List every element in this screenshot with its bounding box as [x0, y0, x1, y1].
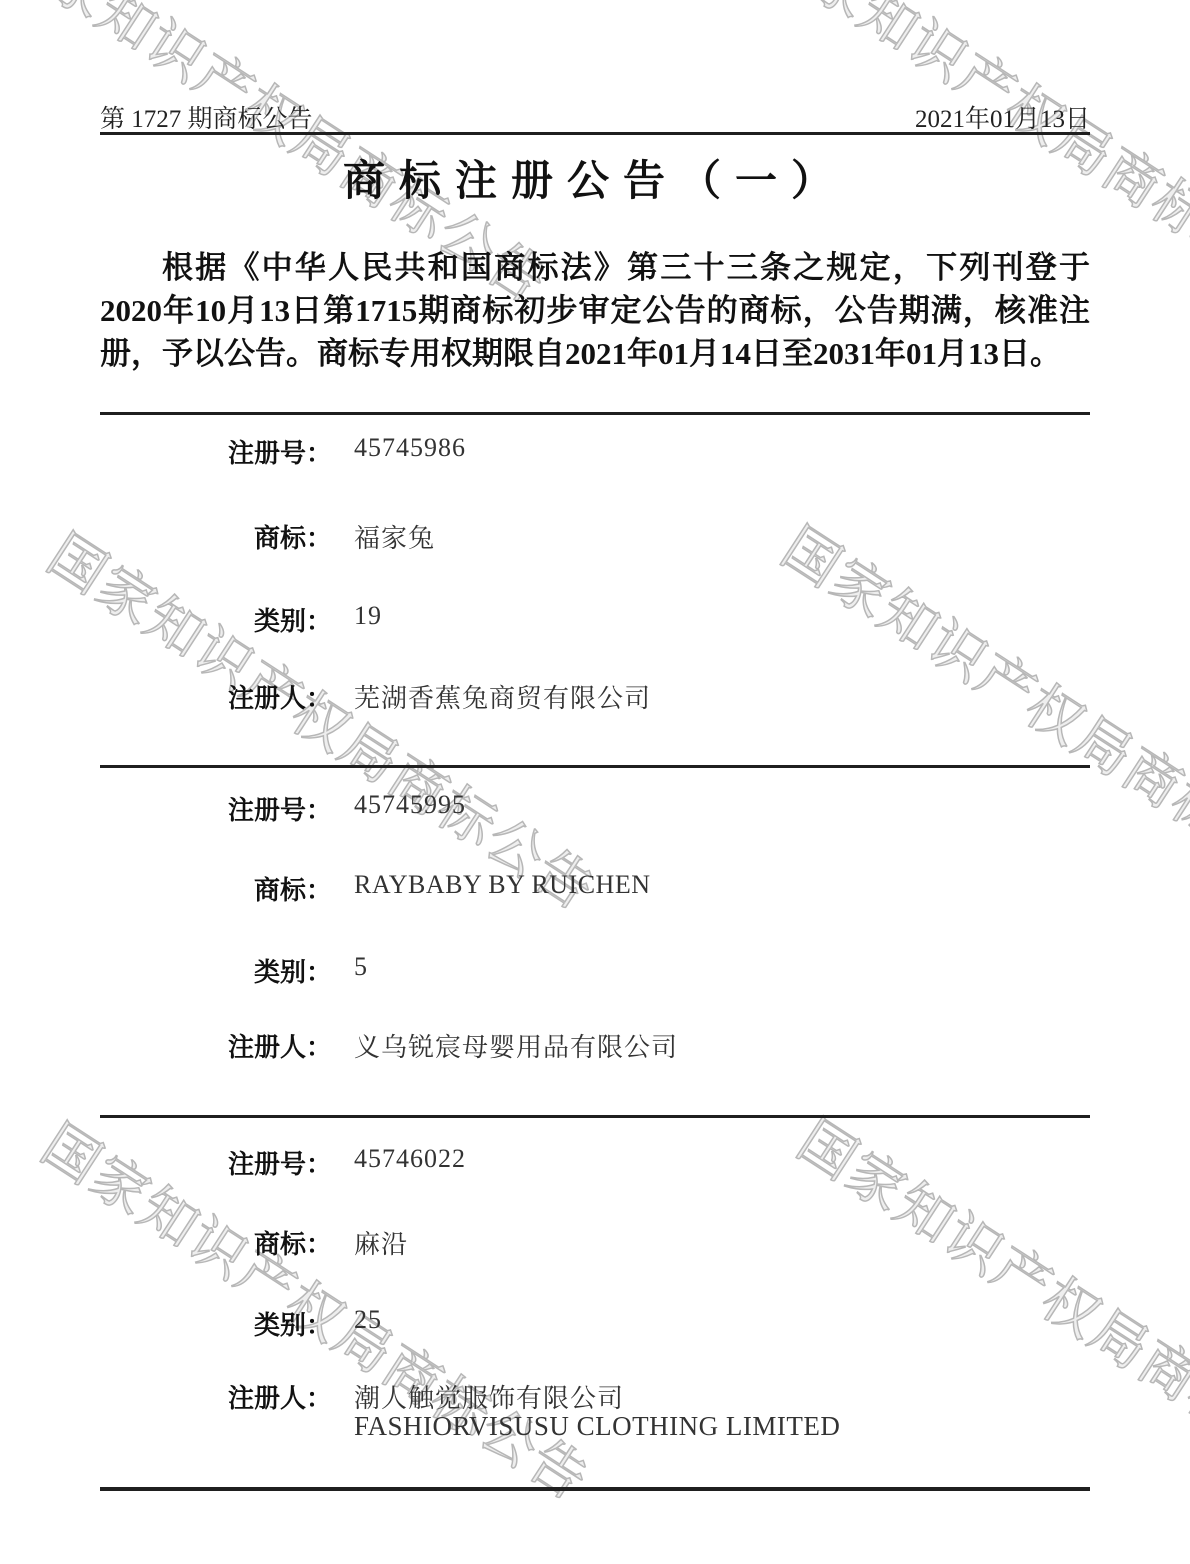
- field-row-category: 类别： 5: [100, 952, 1090, 989]
- field-value: 25: [354, 1305, 382, 1342]
- entry-separator: [100, 1487, 1090, 1491]
- field-value: 19: [354, 601, 382, 638]
- header-rule: [100, 132, 1090, 135]
- registrant-english-name: FASHIORVISUSU CLOTHING LIMITED: [354, 1411, 840, 1442]
- entry-separator: [100, 1115, 1090, 1118]
- field-row-reg-no: 注册号： 45746022: [100, 1144, 1090, 1181]
- gazette-date: 2021年01月13日: [915, 99, 1090, 135]
- field-label: 注册号：: [100, 790, 332, 827]
- entry-separator: [100, 765, 1090, 768]
- field-value: 潮人触觉服饰有限公司: [354, 1378, 624, 1415]
- field-label: 注册号：: [100, 1144, 332, 1181]
- gazette-issue-number: 第 1727 期商标公告: [100, 99, 313, 135]
- field-label: 注册人：: [100, 678, 332, 715]
- field-value: 45745995: [354, 790, 466, 827]
- field-label: 类别：: [100, 601, 332, 638]
- field-row-registrant: 注册人： 潮人触觉服饰有限公司: [100, 1378, 1090, 1415]
- field-label: 商标：: [100, 870, 332, 907]
- field-label: 注册号：: [100, 433, 332, 470]
- field-row-registrant: 注册人： 义乌锐宸母婴用品有限公司: [100, 1027, 1090, 1064]
- trademark-gazette-page: 国家知识产权局商标公告 国家知识产权局商标公告 国家知识产权局商标公告 国家知识…: [0, 0, 1190, 1564]
- page-header: 第 1727 期商标公告 2021年01月13日: [100, 99, 1090, 135]
- entry-separator: [100, 412, 1090, 415]
- field-value: 45746022: [354, 1144, 466, 1181]
- intro-paragraph: 根据《中华人民共和国商标法》第三十三条之规定，下列刊登于2020年10月13日第…: [100, 246, 1090, 375]
- field-label: 类别：: [100, 952, 332, 989]
- field-row-reg-no: 注册号： 45745986: [100, 433, 1090, 470]
- field-value: RAYBABY BY RUICHEN: [354, 870, 651, 907]
- field-label: 注册人：: [100, 1027, 332, 1064]
- field-label: 商标：: [100, 1224, 332, 1261]
- field-row-trademark: 商标： 福家兔: [100, 518, 1090, 555]
- field-row-reg-no: 注册号： 45745995: [100, 790, 1090, 827]
- page-title: 商标注册公告（一）: [0, 148, 1190, 208]
- field-value: 5: [354, 952, 368, 989]
- field-label: 类别：: [100, 1305, 332, 1342]
- field-value: 福家兔: [354, 518, 435, 555]
- field-value: 义乌锐宸母婴用品有限公司: [354, 1027, 678, 1064]
- field-value: 麻沿: [354, 1224, 408, 1261]
- field-row-trademark: 商标： RAYBABY BY RUICHEN: [100, 870, 1090, 907]
- field-row-category: 类别： 25: [100, 1305, 1090, 1342]
- field-label: 商标：: [100, 518, 332, 555]
- field-row-registrant: 注册人： 芜湖香蕉兔商贸有限公司: [100, 678, 1090, 715]
- field-value: 芜湖香蕉兔商贸有限公司: [354, 678, 651, 715]
- field-row-category: 类别： 19: [100, 601, 1090, 638]
- field-label: 注册人：: [100, 1378, 332, 1415]
- field-row-trademark: 商标： 麻沿: [100, 1224, 1090, 1261]
- field-value: 45745986: [354, 433, 466, 470]
